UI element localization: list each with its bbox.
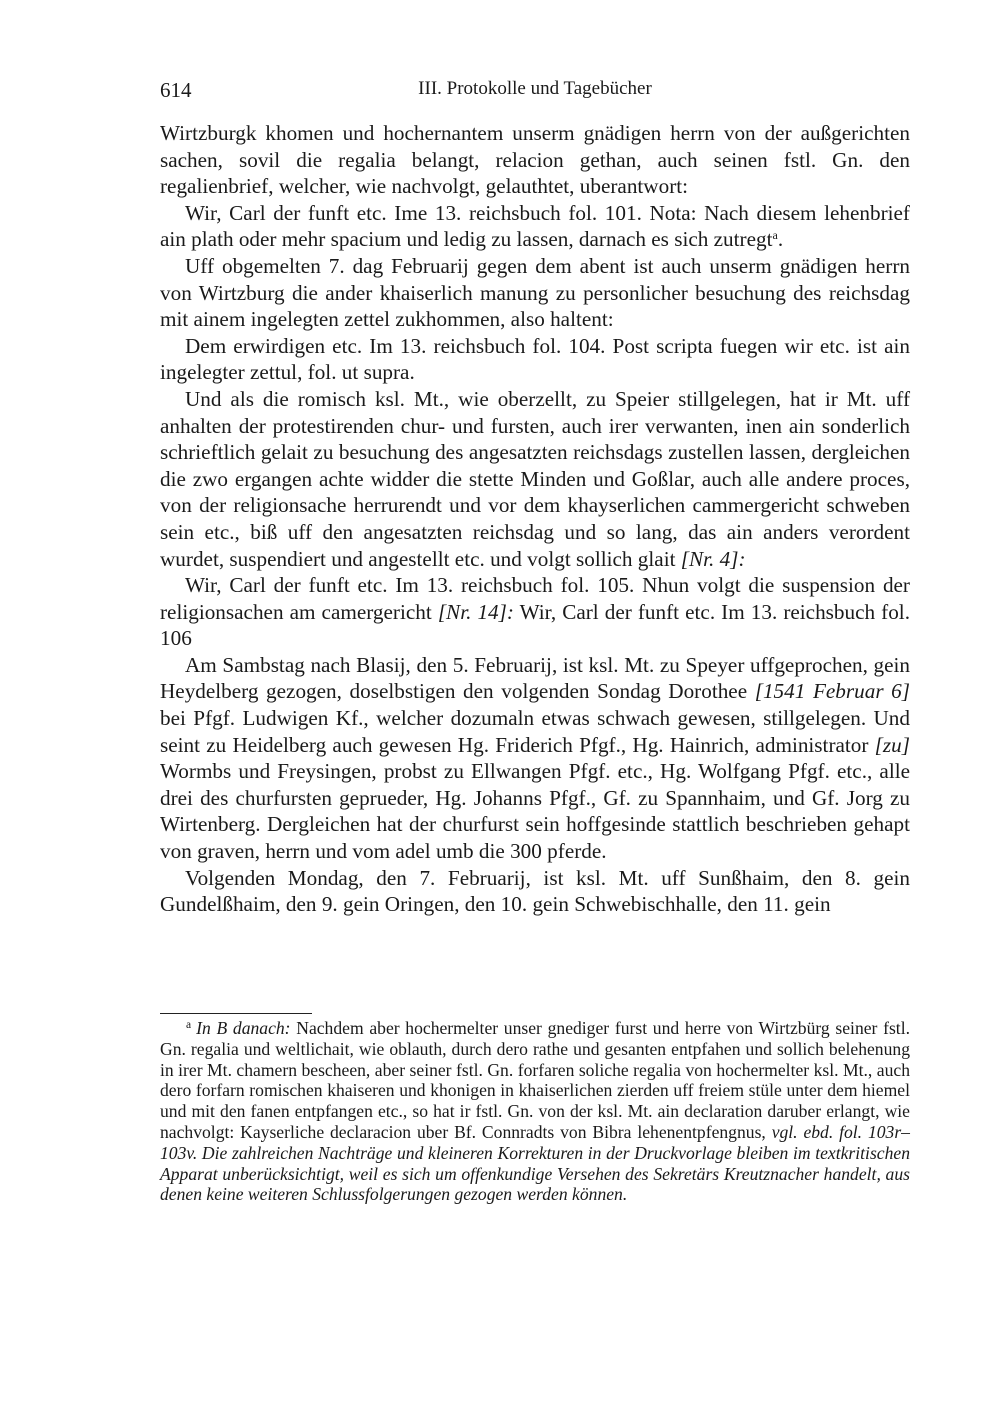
footnote-divider: [160, 1013, 312, 1014]
running-title: III. Protokolle und Tagebücher: [160, 78, 910, 100]
text-segment: Dem erwirdigen etc. Im 13. reichsbuch fo…: [160, 334, 910, 385]
editorial-italic-text: [Nr. 14]:: [438, 600, 514, 624]
text-segment: Wirtzburgk khomen und hochernantem unser…: [160, 121, 910, 198]
paragraph: Dem erwirdigen etc. Im 13. reichsbuch fo…: [160, 333, 910, 386]
text-segment: .: [778, 227, 783, 251]
text-segment: Wormbs und Freysingen, probst zu Ellwang…: [160, 759, 910, 863]
paragraph: Wirtzburgk khomen und hochernantem unser…: [160, 120, 910, 200]
paragraph: Wir, Carl der funft etc. Ime 13. reichsb…: [160, 200, 910, 253]
paragraph: Uff obgemelten 7. dag Februarij gegen de…: [160, 253, 910, 333]
footnote-mark: a: [186, 1019, 191, 1031]
editorial-italic-text: [1541 Februar 6]: [755, 679, 910, 703]
text-segment: Uff obgemelten 7. dag Februarij gegen de…: [160, 254, 910, 331]
paragraph: Wir, Carl der funft etc. Im 13. reichsbu…: [160, 572, 910, 652]
editorial-italic-text: [zu]: [875, 733, 910, 757]
page-header: 614 III. Protokolle und Tagebücher: [160, 78, 910, 108]
editorial-italic-text: In B danach:: [196, 1018, 290, 1038]
text-segment: Volgenden Mondag, den 7. Februarij, ist …: [160, 866, 910, 917]
paragraph: Volgenden Mondag, den 7. Februarij, ist …: [160, 865, 910, 918]
main-text: Wirtzburgk khomen und hochernantem unser…: [160, 120, 910, 918]
footnotes: aIn B danach: Nachdem aber hochermelter …: [160, 1018, 910, 1205]
footnote: aIn B danach: Nachdem aber hochermelter …: [160, 1018, 910, 1205]
paragraph: Am Sambstag nach Blasij, den 5. Februari…: [160, 652, 910, 865]
editorial-italic-text: [Nr. 4]:: [681, 547, 746, 571]
text-segment: Wir, Carl der funft etc. Ime 13. reichsb…: [160, 201, 910, 252]
paragraph: Und als die romisch ksl. Mt., wie oberze…: [160, 386, 910, 572]
text-segment: Und als die romisch ksl. Mt., wie oberze…: [160, 387, 910, 571]
text-segment: bei Pfgf. Ludwigen Kf., welcher dozumaln…: [160, 706, 910, 757]
